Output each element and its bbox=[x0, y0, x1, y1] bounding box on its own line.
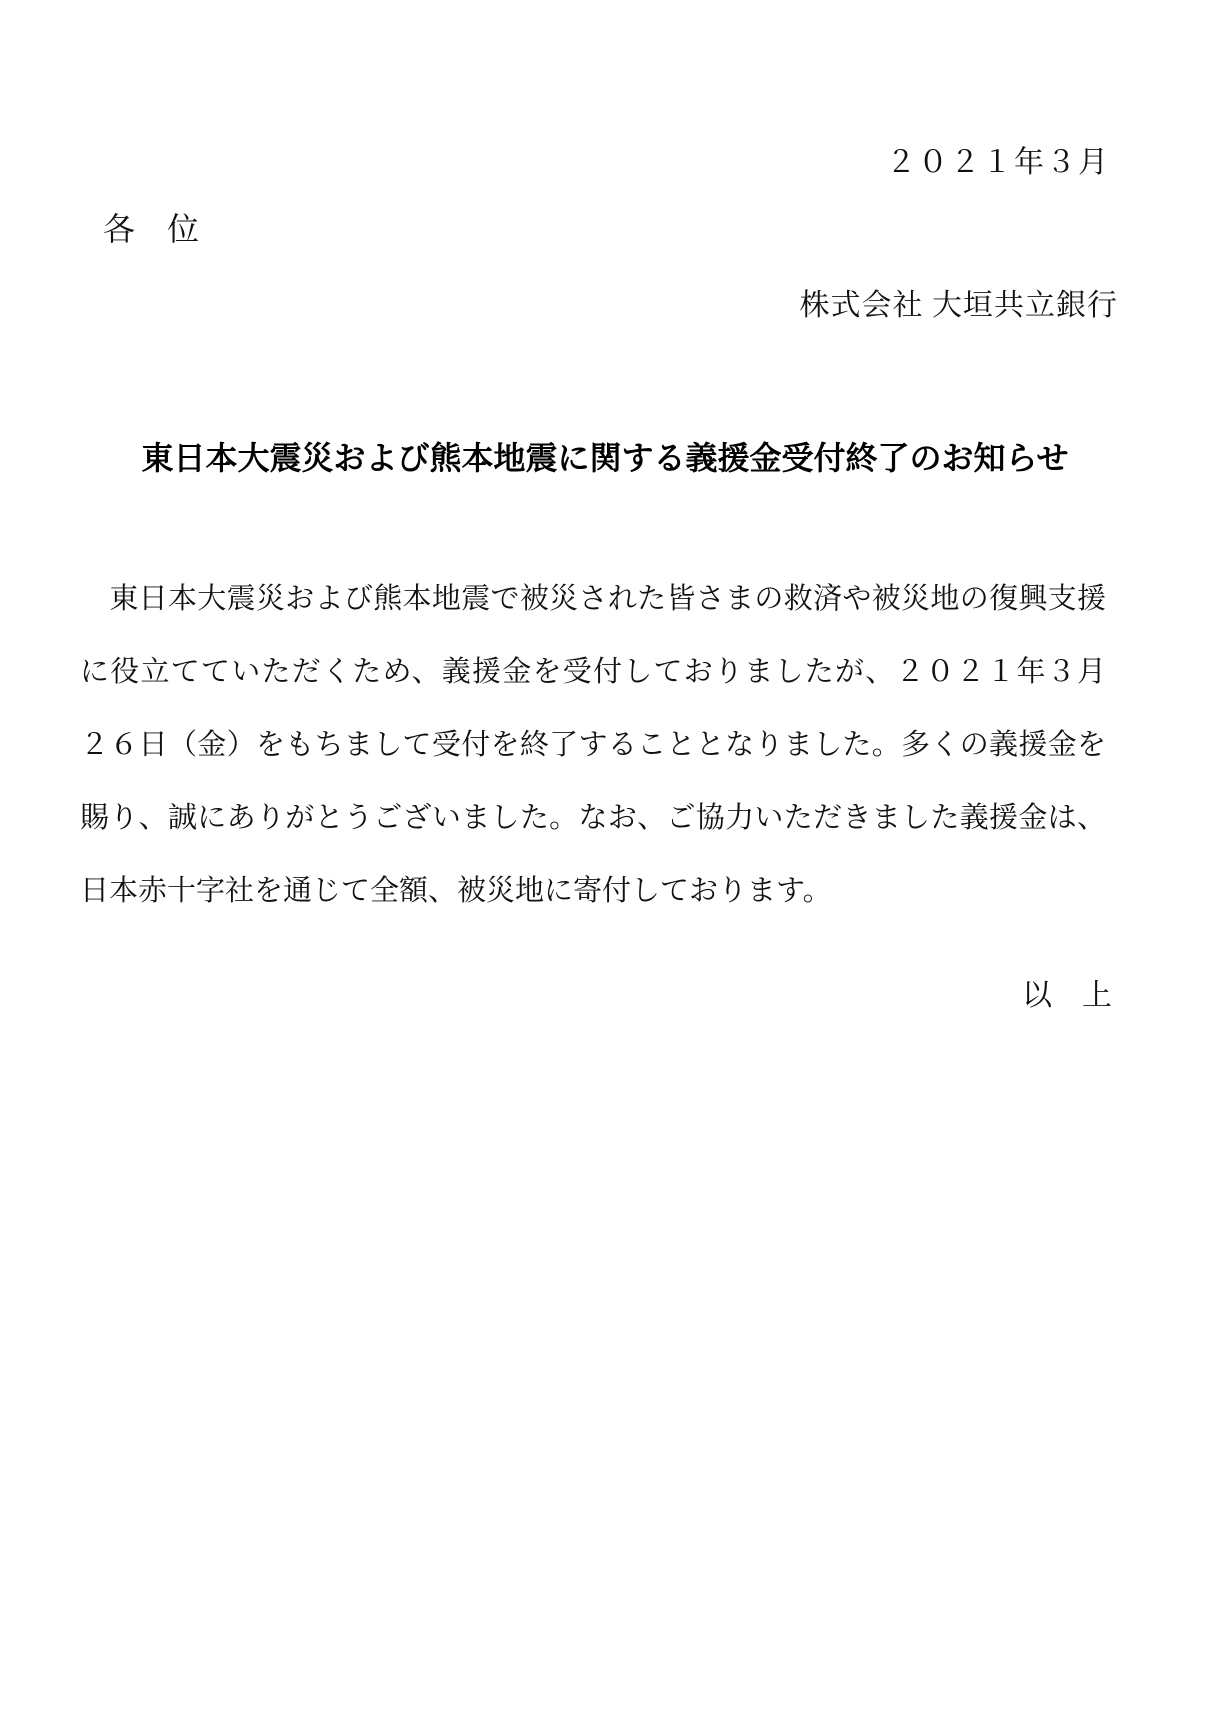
body-line-2: に役立てていただくため、義援金を受付しておりましたが、２０２１年３月 bbox=[80, 636, 1106, 709]
sender-company-name: 株式会社 大垣共立銀行 bbox=[800, 291, 1119, 321]
closing-mark: 以 上 bbox=[1022, 981, 1112, 1011]
body-line-4: 賜り、誠にありがとうございました。なお、ご協力いただきました義援金は、 bbox=[80, 782, 1106, 855]
body-line-1: 東日本大震災および熊本地震で被災された皆さまの救済や被災地の復興支援 bbox=[80, 563, 1106, 636]
body-line-3: ２６日（金）をもちまして受付を終了することとなりました。多くの義援金を bbox=[80, 709, 1106, 782]
document-title: 東日本大震災および熊本地震に関する義援金受付終了のお知らせ bbox=[0, 441, 1210, 476]
document-date: ２０２１年３月 bbox=[886, 148, 1110, 178]
body-line-5: 日本赤十字社を通じて全額、被災地に寄付しております。 bbox=[80, 855, 1106, 928]
recipient-salutation: 各 位 bbox=[103, 213, 199, 245]
body-paragraph: 東日本大震災および熊本地震で被災された皆さまの救済や被災地の復興支援 に役立てて… bbox=[80, 563, 1106, 928]
notice-document-page: ２０２１年３月 各 位 株式会社 大垣共立銀行 東日本大震災および熊本地震に関す… bbox=[0, 0, 1210, 1713]
